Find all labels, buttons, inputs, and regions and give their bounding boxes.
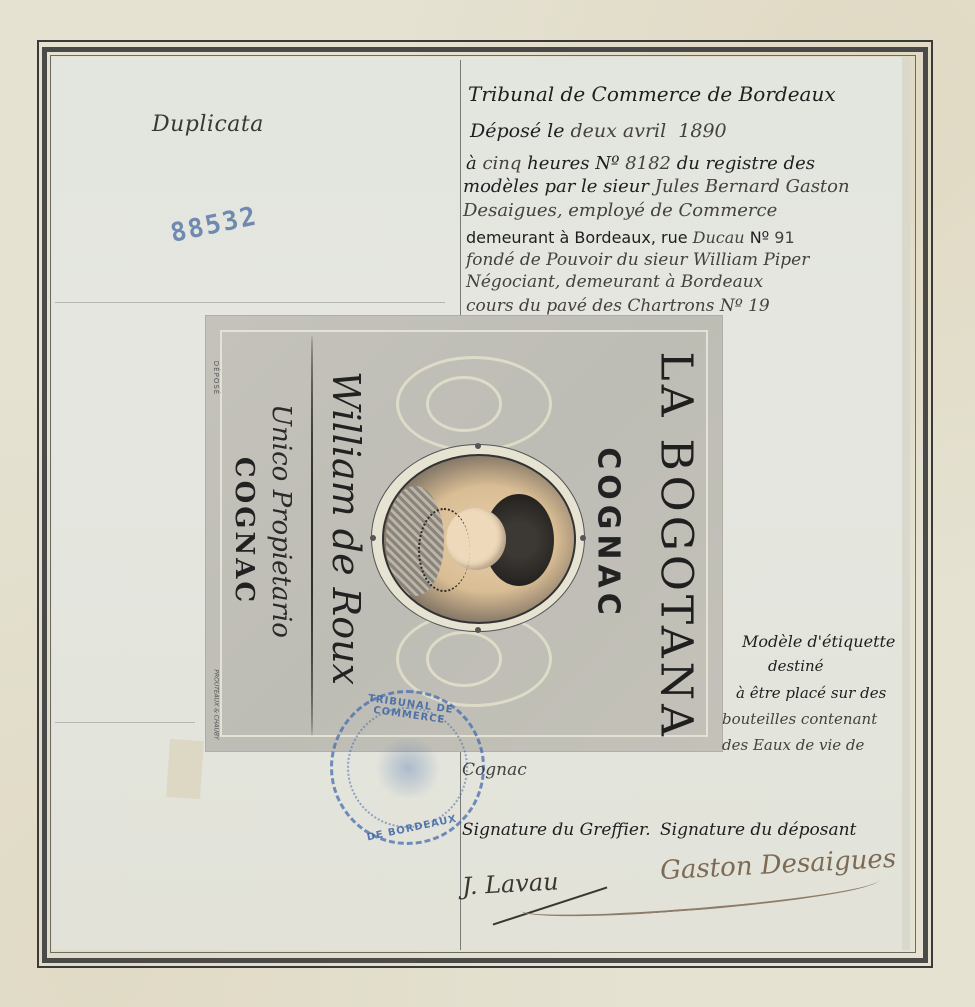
court-title: Tribunal de Commerce de Bordeaux [468, 82, 836, 106]
label-depose: DÉPOSÉ [212, 348, 220, 408]
description-line-1: Modèle d'étiquette [742, 632, 895, 651]
description-line-5: des Eaux de vie de [722, 736, 864, 754]
merchant-address: cours du pavé des Chartrons Nº 19 [466, 296, 770, 316]
medallion-ornament [370, 535, 376, 541]
hour-prefix: à [466, 153, 477, 174]
medallion-ornament [475, 443, 481, 449]
merchant-line: Négociant, demeurant à Bordeaux [466, 272, 763, 292]
duplicata-annotation: Duplicata [152, 112, 264, 137]
label-rule-line [311, 336, 313, 736]
paper-tape [166, 739, 204, 799]
deposit-year: 1890 [678, 120, 726, 142]
ornament-swirl [426, 631, 502, 687]
medallion-ornament [475, 627, 481, 633]
employment-line: Desaigues, employé de Commerce [463, 200, 777, 221]
fold-line [55, 302, 445, 303]
label-place: COGNAC [229, 421, 259, 641]
address-line: demeurant à Bordeaux, rue Ducau Nº 91 [466, 228, 795, 247]
cognac-label: LA BOGOTANA COGNAC William de Roux Unico… [206, 316, 722, 751]
depositor-name: Jules Bernard Gaston [655, 176, 850, 197]
seal-emblem [373, 738, 443, 798]
greffier-signature-label: Signature du Greffier. [462, 820, 651, 840]
hour-line: à cinq heures Nº 8182 du registre des [466, 153, 815, 174]
label-brand: LA BOGOTANA [651, 352, 702, 712]
hour-middle: heures Nº [527, 153, 619, 174]
ornament-swirl [426, 376, 502, 432]
portrait-image [382, 454, 576, 624]
deposant-signature-label: Signature du déposant [660, 820, 856, 840]
medallion-ornament [580, 535, 586, 541]
description-line-6: Cognac [462, 760, 527, 780]
label-owner-signature: William de Roux [324, 338, 368, 718]
description-line-4: bouteilles contenant [722, 710, 877, 728]
deposit-line: Déposé le deux avril 1890 [470, 120, 727, 142]
address-street: Ducau [693, 228, 745, 247]
hour-suffix: du registre des [677, 153, 815, 174]
deposit-day: deux [570, 120, 616, 142]
portrait-medallion [371, 444, 585, 632]
address-number: 91 [774, 228, 794, 247]
address-prefix: demeurant à Bordeaux, rue [466, 228, 688, 247]
deposit-month: avril [623, 120, 666, 142]
label-printer: PROUTEAUX & CHAUBY [213, 655, 220, 755]
label-product: COGNAC [591, 434, 626, 634]
address-no-label: Nº [750, 228, 770, 247]
description-line-3: à être placé sur des [736, 684, 886, 702]
models-line: modèles par le sieur Jules Bernard Gasto… [463, 176, 850, 197]
description-line-2: destiné [768, 657, 824, 675]
portrait-necklace [418, 508, 470, 592]
proxy-line: fondé de Pouvoir du sieur William Piper [466, 250, 809, 270]
models-prefix: modèles par le sieur [463, 176, 649, 197]
label-owner-title: Unico Propietario [266, 371, 296, 671]
deposit-prefix: Déposé le [470, 120, 564, 142]
registry-number: 8182 [625, 153, 671, 174]
fold-line [55, 722, 195, 723]
hour-value: cinq [482, 153, 521, 174]
